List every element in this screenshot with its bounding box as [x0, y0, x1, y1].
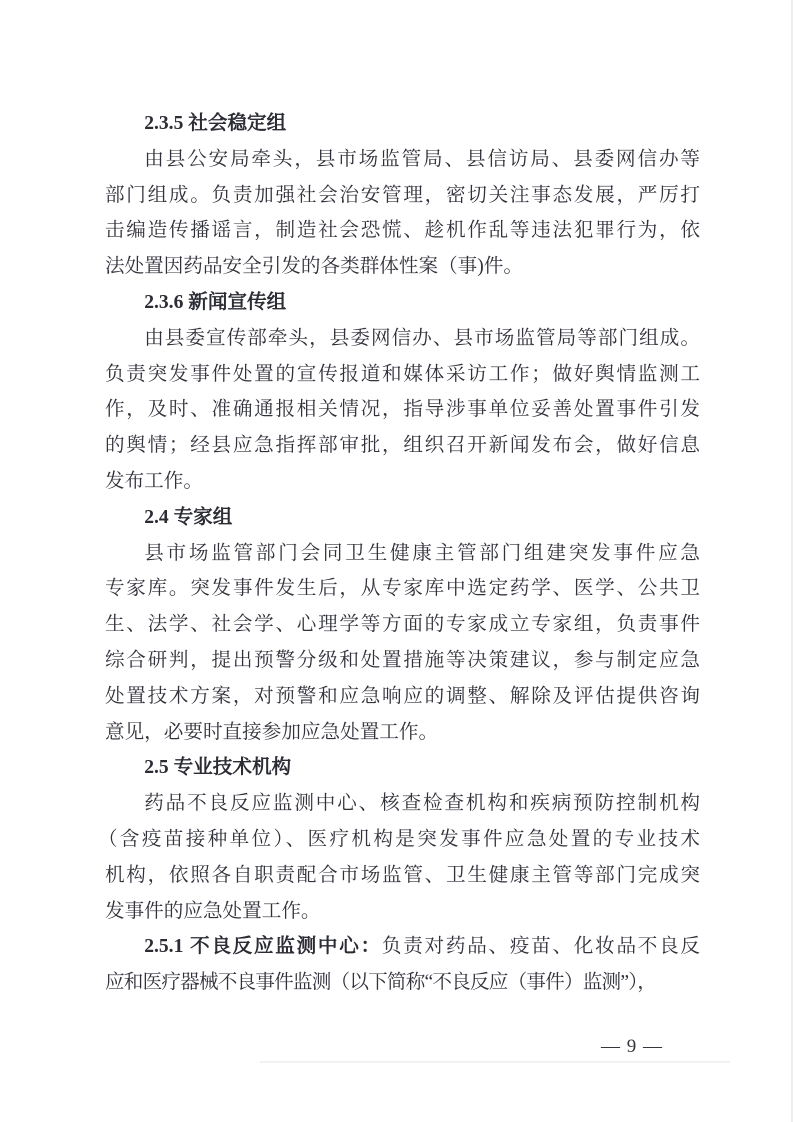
- text-line: 作，及时、准确通报相关情况，指导涉事单位妥善处置事件引发: [105, 392, 700, 428]
- text-line: 处置技术方案，对预警和应急响应的调整、解除及评估提供咨询: [105, 679, 700, 715]
- text-line: 机构，依照各自职责配合市场监管、卫生健康主管等部门完成突: [105, 858, 700, 894]
- text-line: （含疫苗接种单位）、医疗机构是突发事件应急处置的专业技术: [98, 822, 700, 858]
- text-line: 击编造传播谣言，制造社会恐慌、趁机作乱等违法犯罪行为，依: [105, 213, 700, 249]
- section-heading: 2.3.6 新闻宣传组: [105, 285, 700, 321]
- text-line: 生、法学、社会学、心理学等方面的专家成立专家组，负责事件: [105, 607, 700, 643]
- text-line: 县市场监管部门会同卫生健康主管部门组建突发事件应急: [105, 536, 700, 572]
- text-line: 应和医疗器械不良事件监测（以下简称“不良反应（事件）监测”），: [105, 965, 700, 1001]
- text-line: 部门组成。负责加强社会治安管理，密切关注事态发展，严厉打: [105, 178, 700, 214]
- scan-artifact-line: [260, 1061, 730, 1063]
- text-line: 意见，必要时直接参加应急处置工作。: [105, 715, 700, 751]
- bold-run: 2.5.1 不良反应监测中心：: [144, 936, 382, 957]
- document-text: 2.3.5 社会稳定组由县公安局牵头，县市场监管局、县信访局、县委网信办等部门组…: [105, 106, 700, 1001]
- text-line: 的舆情；经县应急指挥部审批，组织召开新闻发布会，做好信息: [105, 428, 700, 464]
- text-line: 由县委宣传部牵头，县委网信办、县市场监管局等部门组成。: [105, 321, 700, 357]
- text-run: 负责对药品、疫苗、化妆品不良反: [382, 936, 700, 957]
- text-line: 2.5.1 不良反应监测中心：负责对药品、疫苗、化妆品不良反: [105, 929, 700, 965]
- text-line: 由县公安局牵头，县市场监管局、县信访局、县委网信办等: [105, 142, 700, 178]
- text-line: 负责突发事件处置的宣传报道和媒体采访工作；做好舆情监测工: [105, 357, 700, 393]
- text-line: 药品不良反应监测中心、核查检查机构和疾病预防控制机构: [105, 786, 700, 822]
- text-line: 综合研判，提出预警分级和处置措施等决策建议，参与制定应急: [105, 643, 700, 679]
- section-heading: 2.3.5 社会稳定组: [105, 106, 700, 142]
- section-heading: 2.5 专业技术机构: [105, 750, 700, 786]
- text-line: 法处置因药品安全引发的各类群体性案（事)件。: [105, 249, 700, 285]
- text-line: 发布工作。: [105, 464, 700, 500]
- scanned-document-page: 2.3.5 社会稳定组由县公安局牵头，县市场监管局、县信访局、县委网信办等部门组…: [0, 0, 793, 1122]
- page-number: — 9 —: [601, 1036, 663, 1058]
- section-heading: 2.4 专家组: [105, 500, 700, 536]
- text-line: 发事件的应急处置工作。: [105, 894, 700, 930]
- text-line: 专家库。突发事件发生后，从专家库中选定药学、医学、公共卫: [105, 571, 700, 607]
